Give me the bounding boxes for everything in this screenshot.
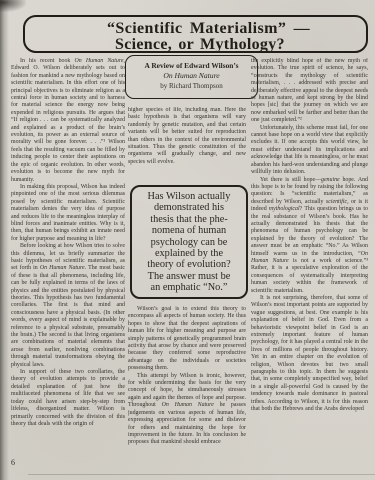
text-segment: . The most basic of these is that all ph… bbox=[11, 265, 125, 367]
text-segment: Wilson’s goal is to extend this theory t… bbox=[128, 306, 246, 371]
paragraph: the explicitly blind hope of the new myt… bbox=[251, 58, 368, 125]
paragraph: It is not surprising, therefore, that so… bbox=[251, 295, 368, 414]
scan-corner-artifact bbox=[0, 0, 26, 12]
article-title-line2: Science, or Mythology? bbox=[107, 37, 366, 53]
paragraph: Before looking at how Wilson tries to so… bbox=[11, 243, 125, 369]
paragraph: This attempt by Wilson is ironic, howeve… bbox=[128, 373, 246, 447]
text-segment: On Human Nature bbox=[162, 402, 214, 408]
text-segment: On Human Nature bbox=[75, 58, 124, 64]
text-segment: genuine bbox=[321, 177, 340, 183]
text-segment: the explicitly blind hope of the new myt… bbox=[251, 58, 368, 123]
scan-edge-shadow bbox=[0, 0, 9, 480]
article-title-box: “Scientific Materialism” — Science, or M… bbox=[23, 15, 368, 53]
pull-quote-line: thesis that the phe- bbox=[132, 214, 246, 225]
review-heading: A Review of Edward Wilson’s bbox=[126, 60, 257, 71]
text-segment: mythological bbox=[269, 206, 300, 212]
pull-quote-box: Has Wilson actuallydemonstrated histhesi… bbox=[130, 185, 248, 299]
text-segment: In support of these two corollaries, the… bbox=[11, 369, 125, 427]
column-middle-top: higher species of life, including man. H… bbox=[128, 107, 246, 177]
text-segment: , Edward O. Wilson deliberately sets out… bbox=[11, 58, 125, 183]
paragraph: In his recent book On Human Nature, Edwa… bbox=[11, 58, 125, 184]
text-segment: In making this proposal, Wilson has inde… bbox=[11, 184, 125, 242]
text-segment: scientific bbox=[326, 199, 347, 205]
review-credit-box: A Review of Edward Wilson’s On Human Nat… bbox=[125, 55, 258, 99]
column-right: the explicitly blind hope of the new myt… bbox=[251, 58, 368, 460]
text-segment: higher species of life, including man. H… bbox=[128, 107, 246, 165]
pull-quote-line: Has Wilson actually bbox=[132, 191, 246, 202]
article-title-line1: “Scientific Materialism” — bbox=[107, 20, 366, 37]
paragraph: Unfortunately, this scheme must fail, fo… bbox=[251, 125, 368, 177]
pull-quote-line: The answer must be bbox=[132, 271, 246, 282]
text-segment: Unfortunately, this scheme must fail, fo… bbox=[251, 125, 368, 175]
column-left: In his recent book On Human Nature, Edwa… bbox=[11, 58, 125, 460]
text-segment: On Human Nature bbox=[40, 265, 85, 271]
text-segment: It is not surprising, therefore, that so… bbox=[251, 295, 368, 412]
pull-quote-line: an emphatic “No.” bbox=[132, 282, 246, 293]
scan-bottom-line bbox=[28, 474, 375, 475]
paragraph: higher species of life, including man. H… bbox=[128, 107, 246, 166]
pull-quote-line: psychology can be bbox=[132, 237, 246, 248]
review-book-title: On Human Nature bbox=[126, 71, 257, 81]
paragraph: Wilson’s goal is to extend this theory t… bbox=[128, 306, 246, 373]
page-number: 6 bbox=[11, 458, 15, 467]
review-byline: by Richard Thompson bbox=[126, 81, 257, 91]
magazine-page: “Scientific Materialism” — Science, or M… bbox=[0, 0, 375, 480]
pull-quote-line: theory of evolution? bbox=[132, 259, 246, 270]
paragraph: In making this proposal, Wilson has inde… bbox=[11, 184, 125, 243]
paragraph: Yet there is still hope—genuine hope. An… bbox=[251, 177, 368, 296]
text-segment: Yet there is still hope— bbox=[260, 177, 321, 183]
text-segment: he passes judgements on various aspects … bbox=[128, 402, 246, 445]
column-middle-bottom: Wilson’s goal is to extend this theory t… bbox=[128, 306, 246, 472]
pull-quote-line: demonstrated his bbox=[132, 202, 246, 213]
pull-quote-line: nomena of human bbox=[132, 225, 246, 236]
text-segment: ? This question brings us to the real su… bbox=[251, 206, 368, 256]
text-segment: In his recent book bbox=[20, 58, 75, 64]
pull-quote-line: explained by the bbox=[132, 248, 246, 259]
paragraph: In support of these two corollaries, the… bbox=[11, 369, 125, 428]
